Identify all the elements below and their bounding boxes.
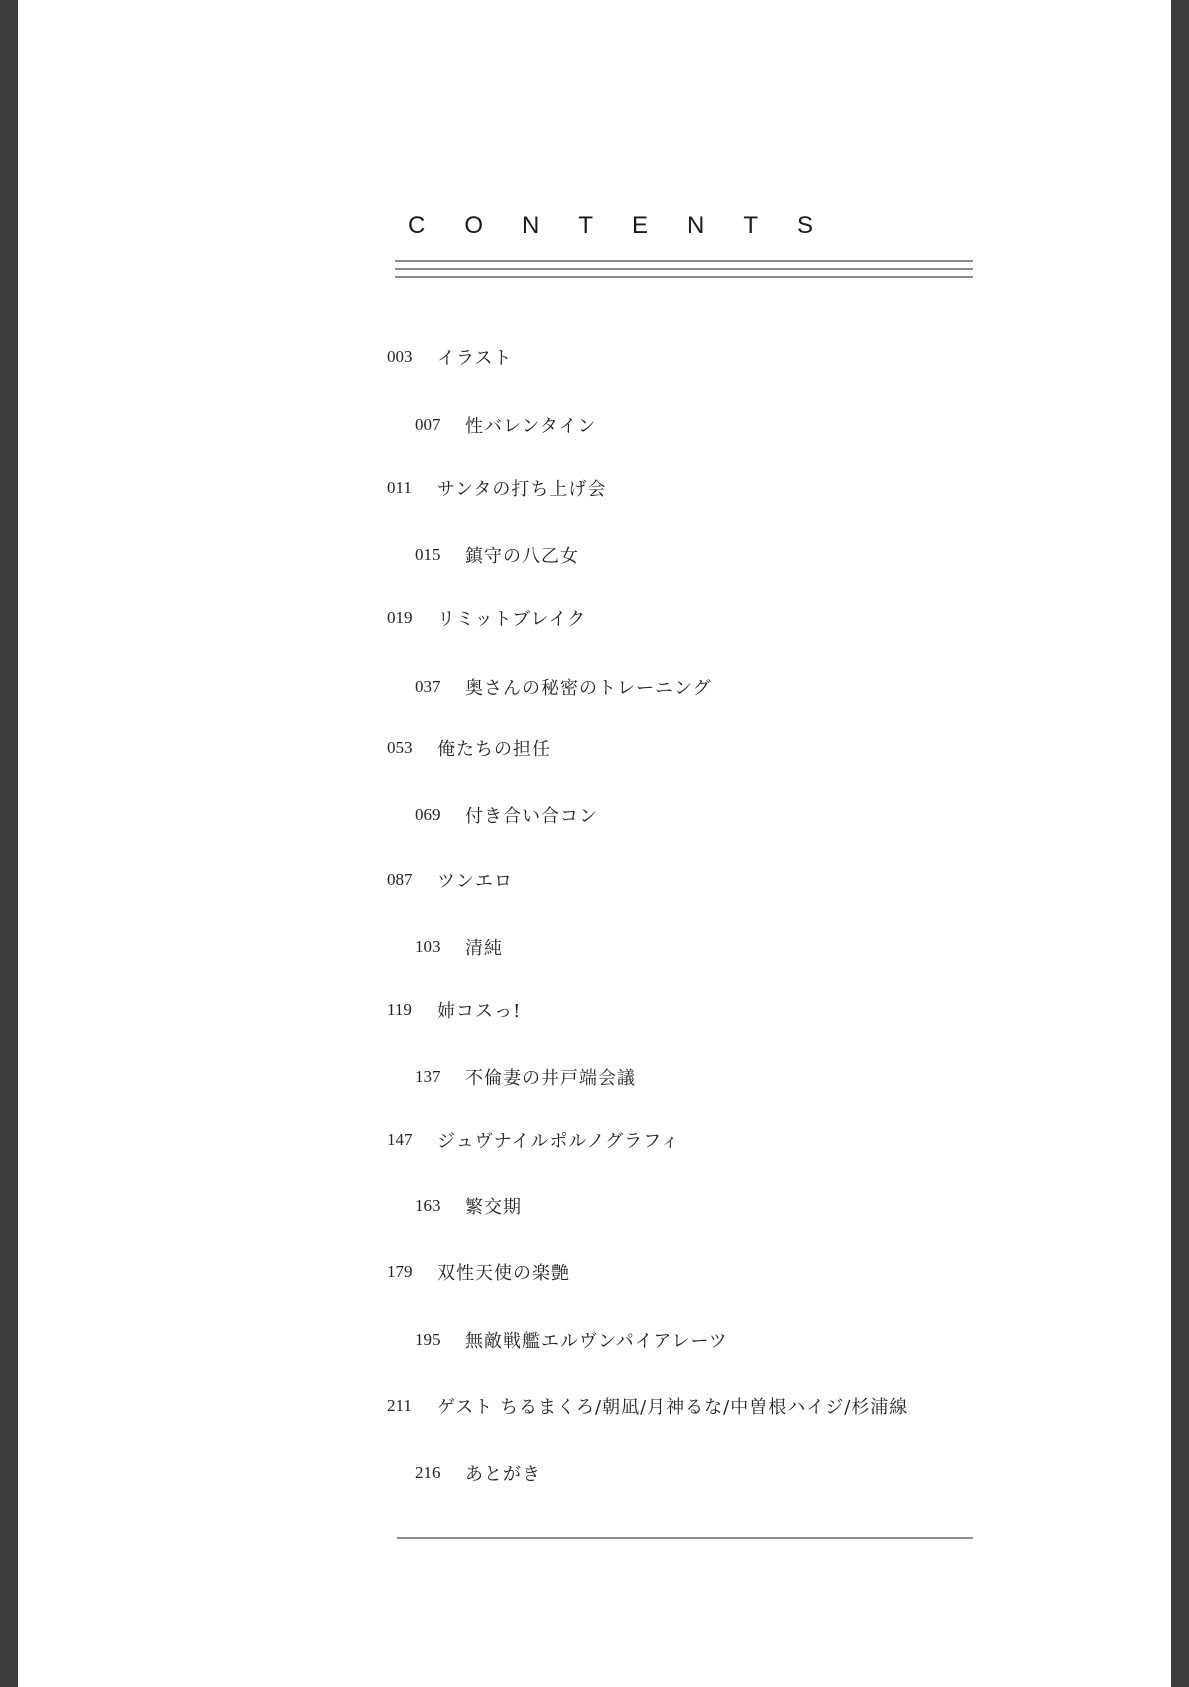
toc-entry[interactable]: 147ジュヴナイルポルノグラフィ bbox=[387, 1128, 680, 1152]
toc-entry[interactable]: 015鎮守の八乙女 bbox=[415, 543, 579, 567]
toc-page-number: 053 bbox=[387, 738, 437, 758]
toc-entry[interactable]: 019リミットブレイク bbox=[387, 606, 586, 630]
toc-title: ジュヴナイルポルノグラフィ bbox=[437, 1127, 680, 1153]
toc-entry[interactable]: 137不倫妻の井戸端会議 bbox=[415, 1065, 636, 1089]
toc-title: 不倫妻の井戸端会議 bbox=[465, 1064, 636, 1090]
toc-page-number: 163 bbox=[415, 1196, 465, 1216]
toc-page-number: 195 bbox=[415, 1330, 465, 1350]
toc-entry[interactable]: 037奥さんの秘密のトレーニング bbox=[415, 675, 712, 699]
toc-page-number: 103 bbox=[415, 937, 465, 957]
toc-entry[interactable]: 211ゲスト ちるまくろ/朝凪/月神るな/中曽根ハイジ/杉浦線 bbox=[387, 1394, 908, 1418]
document-page: CONTENTS 003イラスト007性バレンタイン011サンタの打ち上げ会01… bbox=[18, 0, 1171, 1687]
toc-title: 清純 bbox=[465, 934, 503, 960]
toc-page-number: 069 bbox=[415, 805, 465, 825]
header-rule-3 bbox=[395, 276, 973, 278]
toc-page-number: 211 bbox=[387, 1396, 437, 1416]
header-rule-1 bbox=[395, 260, 973, 262]
toc-page-number: 003 bbox=[387, 347, 437, 367]
toc-title: ツンエロ bbox=[437, 867, 513, 893]
toc-entry[interactable]: 216あとがき bbox=[415, 1461, 541, 1485]
toc-entry[interactable]: 007性バレンタイン bbox=[415, 413, 596, 437]
header-rule-2 bbox=[395, 268, 973, 270]
toc-entry[interactable]: 053俺たちの担任 bbox=[387, 736, 551, 760]
toc-page-number: 087 bbox=[387, 870, 437, 890]
toc-entry[interactable]: 119姉コスっ! bbox=[387, 998, 521, 1022]
toc-title: 性バレンタイン bbox=[465, 412, 596, 438]
toc-title: 鎮守の八乙女 bbox=[465, 542, 579, 568]
footer-rule bbox=[397, 1537, 973, 1539]
toc-page-number: 179 bbox=[387, 1262, 437, 1282]
toc-title: 付き合い合コン bbox=[465, 802, 598, 828]
toc-title: サンタの打ち上げ会 bbox=[437, 475, 606, 501]
toc-page-number: 037 bbox=[415, 677, 465, 697]
toc-entry[interactable]: 087ツンエロ bbox=[387, 868, 513, 892]
toc-entry[interactable]: 195無敵戦艦エルヴンパイアレーツ bbox=[415, 1328, 728, 1352]
toc-page-number: 011 bbox=[387, 478, 437, 498]
toc-page-number: 216 bbox=[415, 1463, 465, 1483]
toc-entry[interactable]: 163繁交期 bbox=[415, 1194, 522, 1218]
toc-entry[interactable]: 011サンタの打ち上げ会 bbox=[387, 476, 606, 500]
toc-page-number: 119 bbox=[387, 1000, 437, 1020]
toc-title: 無敵戦艦エルヴンパイアレーツ bbox=[465, 1327, 728, 1353]
toc-entry[interactable]: 003イラスト bbox=[387, 345, 512, 369]
toc-title: リミットブレイク bbox=[437, 605, 586, 631]
toc-page-number: 015 bbox=[415, 545, 465, 565]
toc-entry[interactable]: 179双性天使の楽艶 bbox=[387, 1260, 570, 1284]
contents-heading: CONTENTS bbox=[408, 212, 852, 240]
toc-title: 繁交期 bbox=[465, 1193, 522, 1219]
toc-title: 奥さんの秘密のトレーニング bbox=[465, 674, 712, 700]
toc-title: 姉コスっ! bbox=[437, 997, 521, 1023]
toc-entry[interactable]: 069付き合い合コン bbox=[415, 803, 598, 827]
toc-title: 双性天使の楽艶 bbox=[437, 1259, 570, 1285]
toc-title: イラスト bbox=[437, 344, 512, 370]
toc-title: ゲスト ちるまくろ/朝凪/月神るな/中曽根ハイジ/杉浦線 bbox=[437, 1393, 908, 1419]
toc-page-number: 019 bbox=[387, 608, 437, 628]
toc-title: 俺たちの担任 bbox=[437, 735, 551, 761]
toc-title: あとがき bbox=[465, 1460, 541, 1486]
toc-page-number: 147 bbox=[387, 1130, 437, 1150]
toc-page-number: 137 bbox=[415, 1067, 465, 1087]
toc-page-number: 007 bbox=[415, 415, 465, 435]
toc-entry[interactable]: 103清純 bbox=[415, 935, 503, 959]
